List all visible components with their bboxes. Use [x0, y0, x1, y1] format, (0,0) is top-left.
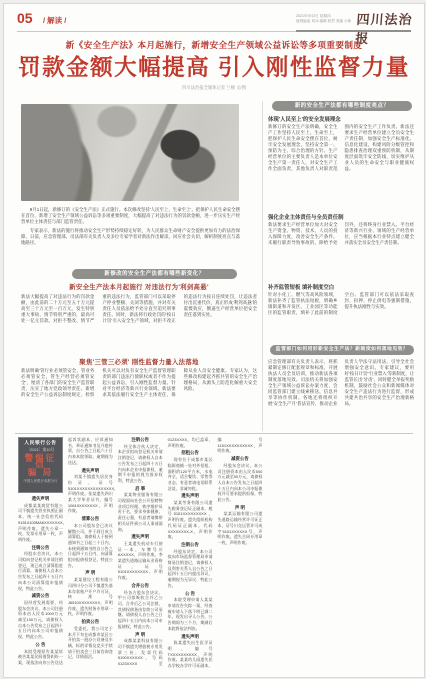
- issue-info: 2021年9月2日 星期四 值班编委 刘冰 编辑 欣然 美编 小新: [296, 14, 356, 25]
- intro-paragraph-2: 专家表示，新法的施行将推动安全生产形势持续稳定好转，为人民群众生命财产安全提供更…: [21, 228, 240, 246]
- notice-heading: 公 告: [18, 642, 63, 648]
- mid-subhead-2: 聚焦'三管三必须' 刚性监督力量入法落地: [21, 357, 257, 366]
- main-headline: 罚款金额大幅提高 引入刚性监督力量: [4, 50, 424, 82]
- notice-text: 现有位于成都市某区临街商铺一处对外招租，面积约120平方米，水电齐全，适合餐饮、…: [168, 457, 213, 491]
- right-panel2-body: 应急管理部有关负责人表示，将抓紧制定修订配套规章和标准，开展执法人员全员培训，推…: [268, 359, 414, 430]
- right-subhead-1: 体现'人民至上'的安全发展理念: [268, 115, 414, 123]
- notice-heading: 清算公告: [68, 516, 113, 522]
- column-divider: [262, 101, 263, 431]
- notice-text: 本院受理申请人某某申请宣告失踪一案，经查被申请人下落不明已满二年，现发出寻人公告…: [168, 597, 213, 631]
- right-subhead-2: 强化企业主体责任与全员责任制: [268, 213, 414, 221]
- notice-text: 经各方股东会决议，甲公司拟吸收合并乙公司，合并后乙公司注销，其债权债务由存续公司…: [118, 590, 163, 630]
- notice-heading: 减资公告: [218, 456, 263, 462]
- notice-heading: 遗失声明: [18, 496, 63, 502]
- notice-heading: 遗失声明: [168, 493, 213, 499]
- notice-text: 某某物业服务有限公司现面向社会公开招聘物业项目经理、秩序维护员若干名，要求身体健…: [118, 492, 163, 532]
- section-label: / 解读 /: [43, 15, 66, 26]
- classifieds-area: 人民银行公告 〔2021〕第10号 警惕征信 骗 局 中国人民银行成都分行 遗失…: [18, 437, 412, 670]
- notice-heading: 注销公告: [168, 542, 213, 548]
- notice-heading: 启 事: [118, 486, 163, 492]
- pboc-big-line-1: 警惕征信: [21, 456, 60, 467]
- news-photo: [21, 104, 239, 201]
- notice-text: 经股东决定，本公司拟向市场监督管理局申请简易注销登记，请债权人及利害关系人自公告…: [168, 549, 213, 589]
- right-subhead-3: 补齐监管短板 填补制度空白: [268, 283, 414, 291]
- intro-paragraph-1: 9月1日起，新修订的《安全生产法》正式施行。本次修改坚持'人民至上、生命至上'，…: [21, 207, 240, 225]
- notice-text: 受委托，我公司定于本月下旬在成都市某区公开拍卖一批办公设备及车辆，标的详情及竞买…: [68, 626, 113, 660]
- notice-heading: 招租公告: [168, 450, 213, 456]
- notice-text: 某某建设工程有限公司四川分公司不慎遗失基本存款账户开户许可证，核准号J6510X…: [68, 577, 113, 617]
- right-body-3: 针对小化工、燃气等高风险领域，新法补齐了监管执法短板，明确乡镇街道和开发区、工业…: [268, 292, 414, 342]
- issue-editors: 值班编委 刘冰 编辑 欣然 美编 小新: [296, 19, 356, 24]
- notice-heading: 注销公告: [18, 545, 63, 551]
- notice-heading: 减资公告: [18, 593, 63, 599]
- notice-text: 某某劳务有限公司遗失税务登记证正副本，税号5101XXXXXXXXX，声明作废。…: [168, 500, 213, 540]
- notice-heading: 拍卖公告: [68, 619, 113, 625]
- notice-text: 某某运输有限公司遗失道路运输经营许可证正本，证号川交运管许可成字5101XXXX…: [218, 511, 263, 545]
- byline: 四川法治报全媒体记者 兰楠 文/图: [4, 85, 424, 91]
- pboc-title: 人民银行公告: [21, 441, 60, 447]
- page-number: 05: [17, 10, 33, 26]
- intro-text: 9月1日起，新修订的《安全生产法》正式施行。本次修改坚持'人民至上、生命至上'，…: [21, 207, 240, 249]
- newspaper-page: 05 / 解读 / 2021年9月2日 星期四 值班编委 刘冰 编辑 欣然 美编…: [3, 3, 425, 678]
- pboc-notice-box: 人民银行公告 〔2021〕第10号 警惕征信 骗 局 中国人民银行成都分行: [18, 437, 63, 493]
- mid-subhead-1: 新安全生产法本月起施行 对违法行为'利剑高悬': [21, 282, 257, 291]
- notice-text: 经全体合伙人决定，本企业拟向登记机关申请注销登记，请债权人自本公告发布之日起四十…: [118, 444, 163, 484]
- notice-text: 刘某不慎遗失居民身份证，证号5101XXXXXXXXXXXXXX，声明作废。张某…: [68, 474, 113, 514]
- notice-heading: 遗失声明: [68, 468, 113, 474]
- notice-text: 因经营发展需要，经股东会决议，本公司注册资本由人民币1000万元减至100万元，…: [18, 600, 63, 640]
- notice-heading: 遗失声明: [118, 534, 163, 540]
- right-body-1: 新修订的安全生产法明确，安全生产工作坚持人民至上、生命至上，把保护人民生命安全摆…: [268, 124, 414, 210]
- notice-heading: 声 明: [218, 505, 263, 511]
- pboc-big-line-2: 骗 局: [21, 470, 60, 476]
- mid-body-1: 新法大幅提高了对违法行为的罚款金额，由此前的二十万元至五十万元提高至三十万元至一…: [21, 294, 257, 353]
- notice-text: 经股东会决议，本公司注册资本由人民币500万元减至50万元，请债权人自本公告发布…: [218, 463, 263, 503]
- notice-heading: 注销公告: [118, 437, 163, 443]
- notice-text: 经股东会决议，本公司拟向登记机关申请注销登记，现已成立清算组进行清算，请债权人自…: [18, 551, 63, 591]
- bottom-rule: [15, 433, 413, 434]
- notice-text: 成都某某商贸有限公司不慎遗失营业执照正副本，统一社会信用代码91510100MA…: [18, 503, 63, 543]
- right-panel2-header: 监管部门如何用好新安全生产法？新制度如何落地见效？: [270, 345, 414, 355]
- mid-panel-header: 新修改的安全生产法都有哪些新变化？: [72, 269, 237, 279]
- notice-heading: 声 明: [118, 632, 163, 638]
- right-body-2: 新法要求生产经营单位加大对安全生产资金、物资、技术、人员的投入保障力度，改善安全…: [268, 222, 414, 280]
- right-panel1-header: 新的安全生产法都有哪些制度亮点？: [272, 101, 412, 111]
- notice-heading: 遗失声明: [168, 634, 213, 640]
- pboc-issuer: 中国人民银行成都分行: [21, 479, 60, 485]
- notice-heading: 合并公告: [118, 583, 163, 589]
- notice-text: 王某遗失机动车行驶证一本，车牌号川AXXXXX，声明作废。李某遗失道路运输从业资…: [118, 541, 163, 581]
- notice-heading: 声 明: [68, 570, 113, 576]
- notice-text: 本公司股东会已决议解散公司，并于同日成立清算组。请债权人于接到通知书之日起三十日…: [68, 523, 113, 569]
- mid-body-2: 新法明确'管行业必须管安全、管业务必须管安全、管生产经营必须管安全'，厘清了各部…: [21, 368, 257, 430]
- notice-heading: 公 告: [168, 591, 213, 597]
